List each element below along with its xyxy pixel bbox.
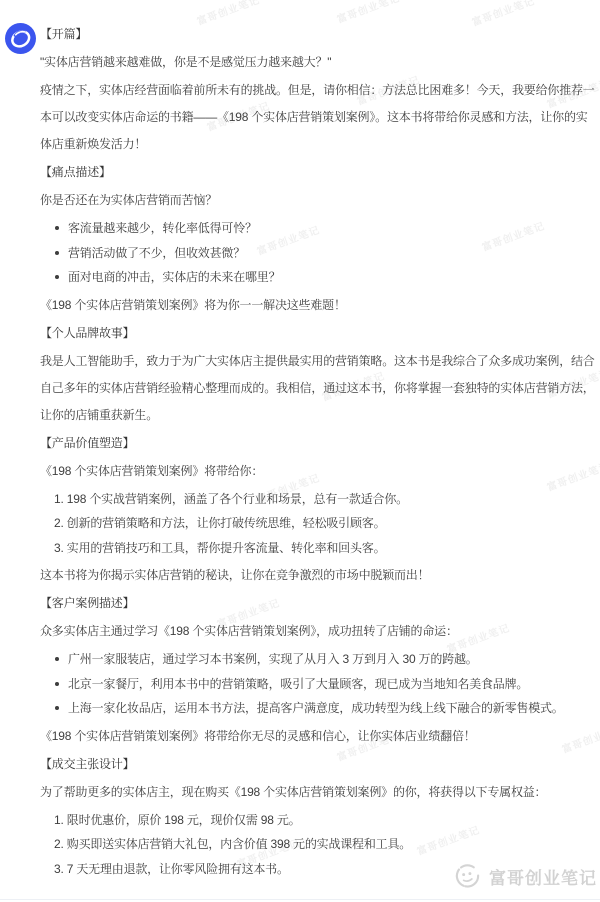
section-heading-brand-story: 【个人品牌故事】: [40, 320, 597, 347]
section-heading-offer: 【成交主张设计】: [40, 751, 597, 778]
section-heading-cases: 【客户案例描述】: [40, 590, 597, 617]
list-item: 实用的营销技巧和工具，帮你提升客流量、转化率和回头客。: [54, 536, 597, 561]
pain-intro: 你是否还在为实体店营销而苦恼？: [40, 187, 597, 214]
cases-outro: 《198 个实体店营销策划案例》将带给你无尽的灵感和信心，让你实体店业绩翻倍！: [40, 723, 597, 750]
opening-paragraph: 疫情之下，实体店经营面临着前所未有的挑战。但是，请你相信：方法总比困难多！今天，…: [40, 77, 597, 158]
pain-outro: 《198 个实体店营销策划案例》将为你一一解决这些难题！: [40, 292, 597, 319]
section-heading-value: 【产品价值塑造】: [40, 430, 597, 457]
opening-quote: "实体店营销越来越难做，你是不是感觉压力越来越大？": [40, 49, 597, 76]
list-item: 购买即送实体店营销大礼包，内含价值 398 元的实战课程和工具。: [54, 832, 597, 857]
value-intro: 《198 个实体店营销策划案例》将带给你：: [40, 458, 597, 485]
list-item: 面对电商的冲击，实体店的未来在哪里？: [68, 265, 597, 290]
brand-logo-text: 富哥创业笔记: [489, 864, 597, 889]
list-item: 北京一家餐厅，利用本书中的营销策略，吸引了大量顾客，现已成为当地知名美食品牌。: [68, 672, 597, 697]
list-item: 上海一家化妆品店，运用本书方法，提高客户满意度，成功转型为线上线下融合的新零售模…: [68, 696, 597, 721]
offer-intro: 为了帮助更多的实体店主，现在购买《198 个实体店营销策划案例》的你，将获得以下…: [40, 779, 597, 806]
message-content: 【开篇】 "实体店营销越来越难做，你是不是感觉压力越来越大？" 疫情之下，实体店…: [40, 21, 597, 883]
list-item: 客流量越来越少，转化率低得可怜？: [68, 216, 597, 241]
list-item: 创新的营销策略和方法，让你打破传统思维，轻松吸引顾客。: [54, 511, 597, 536]
bottom-divider: [0, 899, 600, 900]
value-outro: 这本书将为你揭示实体店营销的秘诀，让你在竞争激烈的市场中脱颖而出！: [40, 562, 597, 589]
list-item: 营销活动做了不少，但收效甚微？: [68, 241, 597, 266]
value-numbered-list: 198 个实战营销案例，涵盖了各个行业和场景，总有一款适合你。 创新的营销策略和…: [40, 487, 597, 561]
section-heading-opening: 【开篇】: [40, 21, 597, 48]
brand-watermark: 富哥创业笔记: [453, 862, 597, 891]
assistant-message: 【开篇】 "实体店营销越来越难做，你是不是感觉压力越来越大？" 疫情之下，实体店…: [0, 0, 600, 883]
list-item: 限时优惠价，原价 198 元，现价仅需 98 元。: [54, 808, 597, 833]
pain-bullet-list: 客流量越来越少，转化率低得可怜？ 营销活动做了不少，但收效甚微？ 面对电商的冲击…: [40, 216, 597, 290]
section-heading-pain: 【痛点描述】: [40, 159, 597, 186]
chat-page: 富哥创业笔记富哥创业笔记富哥创业笔记富哥创业笔记富哥创业笔记富哥创业笔记富哥创业…: [0, 0, 600, 902]
brand-story-paragraph: 我是人工智能助手，致力于为广大实体店主提供最实用的营销策略。这本书是我综合了众多…: [40, 348, 597, 429]
brand-logo-icon: [453, 862, 482, 891]
assistant-avatar-icon[interactable]: [5, 23, 36, 54]
list-item: 198 个实战营销案例，涵盖了各个行业和场景，总有一款适合你。: [54, 487, 597, 512]
cases-intro: 众多实体店主通过学习《198 个实体店营销策划案例》，成功扭转了店铺的命运：: [40, 618, 597, 645]
list-item: 广州一家服装店，通过学习本书案例，实现了从月入 3 万到月入 30 万的跨越。: [68, 647, 597, 672]
cases-bullet-list: 广州一家服装店，通过学习本书案例，实现了从月入 3 万到月入 30 万的跨越。 …: [40, 647, 597, 721]
